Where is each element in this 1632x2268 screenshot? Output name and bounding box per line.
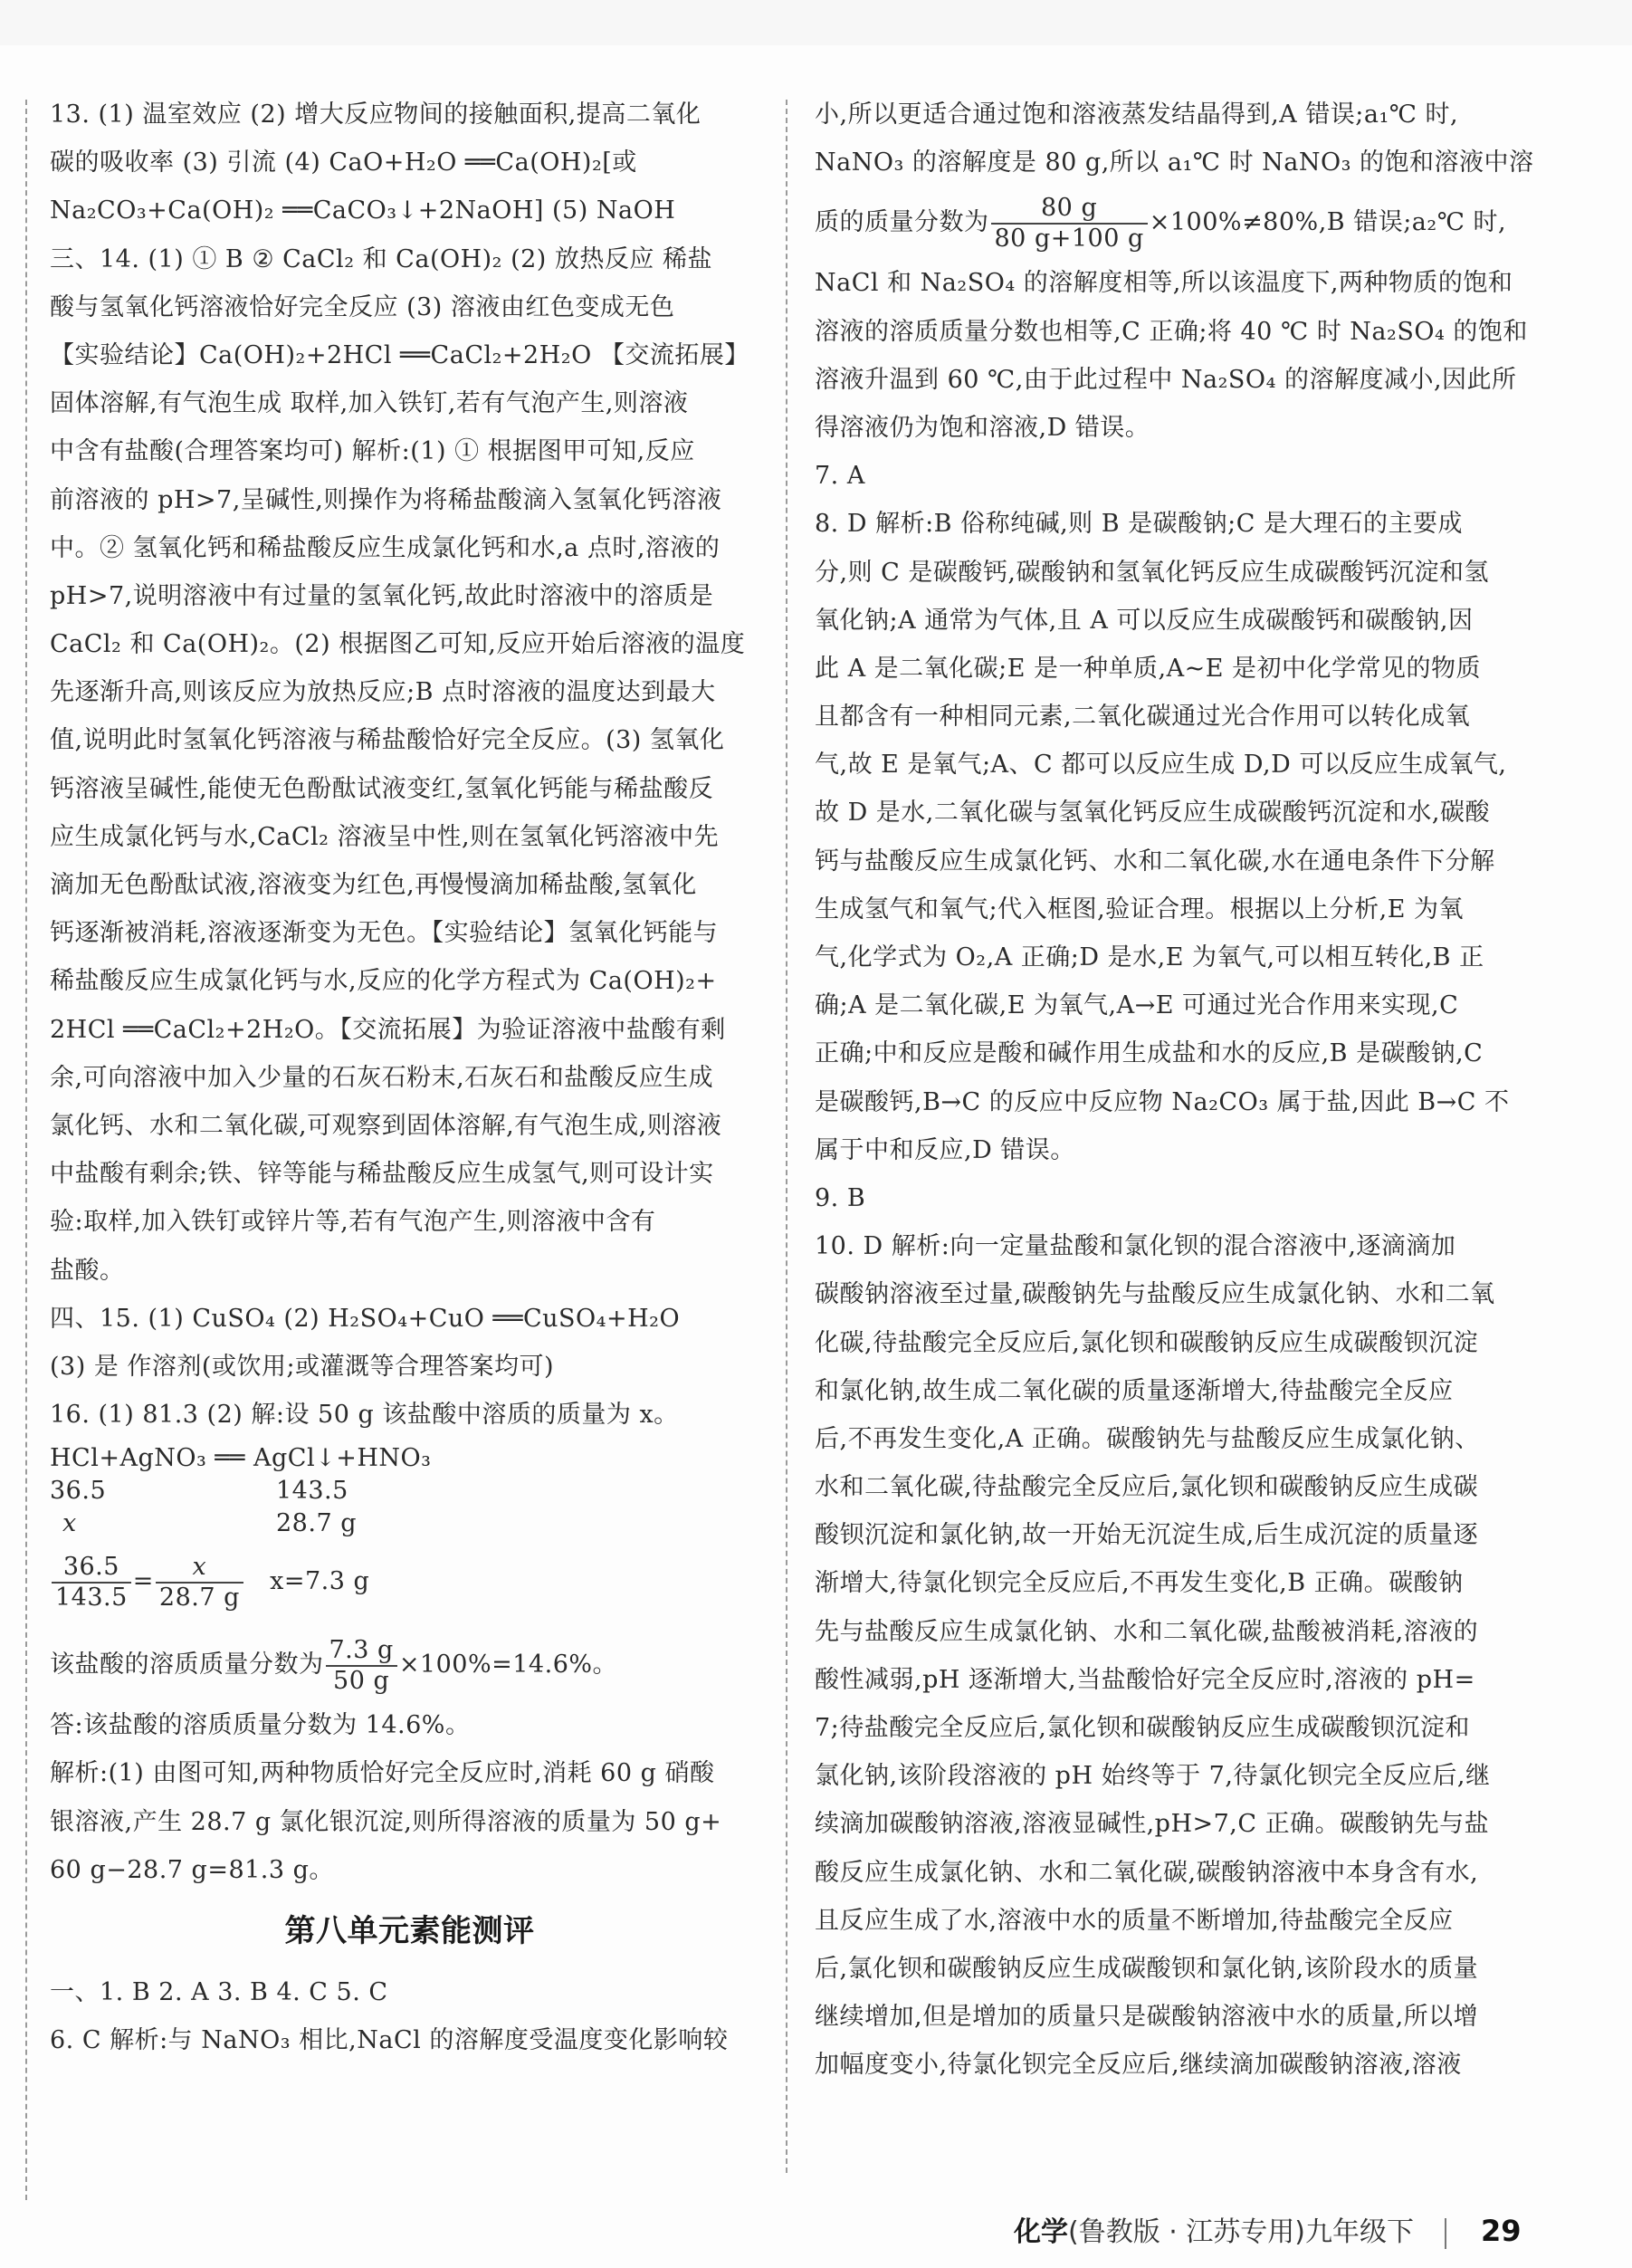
q8-block: 8. D 解析:B 俗称纯碱,则 B 是碳酸钠;C 是大理石的主要成 分,则 C… [815,500,1525,1174]
unknown-x: x [50,1509,77,1537]
q16-line-1: 16. (1) 81.3 (2) 解:设 50 g 该盐酸中溶质的质量为 x。 [50,1391,769,1439]
q14-line: 先逐渐升高,则该反应为放热反应;B 点时溶液的温度达到最大 [50,668,769,716]
q15-line-2: (3) 是 作溶剂(或饮用;或灌溉等合理答案均可) [50,1343,769,1391]
q16-analysis-line: 银溶液,产生 28.7 g 氯化银沉淀,则所得溶液的质量为 50 g+ [50,1798,769,1846]
q14-line: 固体溶解,有气泡生成 取样,加入铁钉,若有气泡产生,则溶液 [50,379,769,427]
q16-answer: 答:该盐酸的溶质质量分数为 14.6%。 [50,1701,769,1749]
page-top-margin [0,0,1632,45]
q8-line: 分,则 C 是碳酸钙,碳酸钠和氢氧化钙反应生成碳酸钙沉淀和氢 [815,549,1525,597]
q10-line: 酸钡沉淀和氯化钠,故一开始无沉淀生成,后生成沉淀的质量逐 [815,1511,1525,1559]
q14-line: 验:取样,加入铁钉或锌片等,若有气泡产生,则溶液中含有 [50,1198,769,1246]
q10-line: 后,不再发生变化,A 正确。碳酸钠先与盐酸反应生成氯化钠、 [815,1415,1525,1463]
q16-analysis-line: 解析:(1) 由图可知,两种物质恰好完全反应时,消耗 60 g 硝酸 [50,1749,769,1797]
mass-hcl: 36.5 [50,1477,106,1505]
q10-line: 渐增大,待氯化钡完全反应后,不再发生变化,B 正确。碳酸钠 [815,1559,1525,1607]
q10-line: 继续增加,但是增加的质量只是碳酸钠溶液中水的质量,所以增 [815,1993,1525,2041]
q14-line: 应生成氯化钙与水,CaCl₂ 溶液呈中性,则在氢氧化钙溶液中先 [50,813,769,861]
page-footer: 化学(鲁教版 · 江苏专用)九年级下29 [1014,2209,1522,2249]
q10-line: 续滴加碳酸钠溶液,溶液显碱性,pH>7,C 正确。碳酸钠先与盐 [815,1800,1525,1848]
q14-block: 三、14. (1) ① B ② CaCl₂ 和 Ca(OH)₂ (2) 放热反应… [50,235,769,1295]
footer-edition: (鲁教版 · 江苏专用)九年级下 [1068,2216,1414,2248]
q9-answer: 9. B [815,1174,1525,1222]
q10-line: 水和二氧化碳,待盐酸完全反应后,氯化钡和碳酸钠反应生成碳 [815,1463,1525,1511]
q8-line: 8. D 解析:B 俗称纯碱,则 B 是碳酸钠;C 是大理石的主要成 [815,500,1525,548]
ratio-fraction-2: x 28.7 g [156,1553,243,1612]
q8-line: 且都含有一种相同元素,二氧化碳通过光合作用可以转化成氧 [815,693,1525,741]
q10-line: 且反应生成了水,溶液中水的质量不断增加,待盐酸完全反应 [815,1897,1525,1945]
q10-line: 和氯化钠,故生成二氧化碳的质量逐渐增大,待盐酸完全反应 [815,1367,1525,1415]
q10-line: 10. D 解析:向一定量盐酸和氯化钡的混合溶液中,逐滴滴加 [815,1222,1525,1270]
q8-line: 氧化钠;A 通常为气体,且 A 可以反应生成碳酸钙和碳酸钠,因 [815,597,1525,645]
q14-line: 酸与氢氧化钙溶液恰好完全反应 (3) 溶液由红色变成无色 [50,283,769,331]
mass-agcl: 143.5 [276,1475,348,1507]
q14-line: 余,可向溶液中加入少量的石灰石粉末,石灰石和盐酸反应生成 [50,1054,769,1102]
q6-line: NaCl 和 Na₂SO₄ 的溶解度相等,所以该温度下,两种物质的饱和 [815,259,1525,307]
q8-line: 确;A 是二氧化碳,E 为氧气,A→E 可通过光合作用来实现,C [815,981,1525,1029]
q8-line: 正确;中和反应是酸和碱作用生成盐和水的反应,B 是碳酸钠,C [815,1029,1525,1077]
q14-line: 钙逐渐被消耗,溶液逐渐变为无色。【实验结论】氢氧化钙能与 [50,909,769,957]
q10-line: 酸反应生成氯化钠、水和二氧化碳,碳酸钠溶液中本身含有水, [815,1849,1525,1897]
q15-line-1: 四、15. (1) CuSO₄ (2) H₂SO₄+CuO ══CuSO₄+H₂… [50,1295,769,1343]
section-title: 第八单元素能测评 [50,1894,769,1968]
q14-line: CaCl₂ 和 Ca(OH)₂。(2) 根据图乙可知,反应开始后溶液的温度 [50,620,769,668]
q14-line: 滴加无色酚酞试液,溶液变为红色,再慢慢滴加稀盐酸,氢氧化 [50,861,769,909]
q16-analysis-line: 60 g−28.7 g=81.3 g。 [50,1846,769,1894]
q16-mass-row-1: 36.5 143.5 [50,1475,769,1507]
q14-line: 中含有盐酸(合理答案均可) 解析:(1) ① 根据图甲可知,反应 [50,427,769,475]
q14-line: 中盐酸有剩余;铁、锌等能与稀盐酸反应生成氢气,则可设计实 [50,1150,769,1198]
q6-line: 溶液升温到 60 ℃,由于此过程中 Na₂SO₄ 的溶解度减小,因此所 [815,356,1525,404]
q16-equation: HCl+AgNO₃ ══ AgCl↓+HNO₃ [50,1442,769,1475]
q14-line: 稀盐酸反应生成氯化钙与水,反应的化学方程式为 Ca(OH)₂+ [50,957,769,1005]
column-divider [786,100,787,2173]
q16-ratio: 36.5 143.5 = x 28.7 g x=7.3 g [50,1545,769,1618]
q10-line: 后,氯化钡和碳酸钠反应生成碳酸钡和氯化钠,该阶段水的质量 [815,1945,1525,1993]
right-column: 小,所以更适合通过饱和溶液蒸发结晶得到,A 错误;a₁℃ 时, NaNO₃ 的溶… [815,91,1525,2090]
q13-line-1: 13. (1) 温室效应 (2) 增大反应物间的接触面积,提高二氧化 [50,91,769,139]
q8-line: 气,化学式为 O₂,A 正确;D 是水,E 为氧气,可以相互转化,B 正 [815,933,1525,981]
q10-line: 氯化钠,该阶段溶液的 pH 始终等于 7,待氯化钡完全反应后,继 [815,1752,1525,1800]
q14-line: 前溶液的 pH>7,呈碱性,则操作为将稀盐酸滴入氢氧化钙溶液 [50,476,769,524]
q13-line-3: Na₂CO₃+Ca(OH)₂ ══CaCO₃↓+2NaOH] (5) NaOH [50,187,769,234]
q10-line: 先与盐酸反应生成氯化钠、水和二氧化碳,盐酸被消耗,溶液的 [815,1608,1525,1656]
q14-line: 氯化钙、水和二氧化碳,可观察到固体溶解,有气泡生成,则溶液 [50,1102,769,1150]
q6-line: 得溶液仍为饱和溶液,D 错误。 [815,404,1525,452]
q7-answer: 7. A [815,452,1525,500]
q6-fraction-line: 质的质量分数为 80 g 80 g+100 g ×100%≠80%,B 错误;a… [815,187,1525,259]
q14-line: 【实验结论】Ca(OH)₂+2HCl ══CaCl₂+2H₂O 【交流拓展】 [50,331,769,379]
q10-line: 酸性减弱,pH 逐渐增大,当盐酸恰好完全反应时,溶液的 pH= [815,1656,1525,1704]
q14-line: 值,说明此时氢氧化钙溶液与稀盐酸恰好完全反应。(3) 氢氧化 [50,716,769,764]
q6-line: 小,所以更适合通过饱和溶液蒸发结晶得到,A 错误;a₁℃ 时, [815,91,1525,139]
q8-line: 钙与盐酸反应生成氯化钙、水和二氧化碳,水在通电条件下分解 [815,837,1525,885]
q8-line: 此 A 是二氧化碳;E 是一种单质,A~E 是初中化学常见的物质 [815,645,1525,693]
q14-line: 2HCl ══CaCl₂+2H₂O。【交流拓展】为验证溶液中盐酸有剩 [50,1006,769,1054]
q8-line: 生成氢气和氧气;代入框图,验证合理。根据以上分析,E 为氧 [815,885,1525,933]
q8-line: 是碳酸钙,B→C 的反应中反应物 Na₂CO₃ 属于盐,因此 B→C 不 [815,1078,1525,1126]
q10-line: 加幅度变小,待氯化钡完全反应后,继续滴加碳酸钠溶液,溶液 [815,2041,1525,2089]
q14-line: 钙溶液呈碱性,能使无色酚酞试液变红,氢氧化钙能与稀盐酸反 [50,765,769,813]
q10-line: 碳酸钠溶液至过量,碳酸钠先与盐酸反应生成氯化钠、水和二氧 [815,1270,1525,1318]
left-column: 13. (1) 温室效应 (2) 增大反应物间的接触面积,提高二氧化 碳的吸收率… [50,91,769,2064]
footer-separator [1445,2218,1446,2249]
q10-line: 化碳,待盐酸完全反应后,氯化钡和碳酸钠反应生成碳酸钡沉淀 [815,1319,1525,1367]
q16-mass-row-2: x 28.7 g [50,1507,769,1540]
page-number: 29 [1481,2214,1522,2248]
mass-precipitate: 28.7 g [276,1507,357,1540]
ratio-fraction-1: 36.5 143.5 [52,1553,131,1612]
q10-block: 10. D 解析:向一定量盐酸和氯化钡的混合溶液中,逐滴滴加 碳酸钠溶液至过量,… [815,1222,1525,2089]
footer-subject: 化学 [1014,2216,1068,2248]
q8-line: 气,故 E 是氧气;A、C 都可以反应生成 D,D 可以反应生成氧气, [815,741,1525,789]
q6-line: 溶液的溶质质量分数也相等,C 正确;将 40 ℃ 时 Na₂SO₄ 的饱和 [815,308,1525,356]
ratio-result: x=7.3 g [270,1567,369,1595]
q6-line: NaNO₃ 的溶解度是 80 g,所以 a₁℃ 时 NaNO₃ 的饱和溶液中溶 [815,139,1525,187]
solubility-fraction: 80 g 80 g+100 g [991,194,1148,254]
q14-line: 三、14. (1) ① B ② CaCl₂ 和 Ca(OH)₂ (2) 放热反应… [50,235,769,283]
q13-line-2: 碳的吸收率 (3) 引流 (4) CaO+H₂O ══Ca(OH)₂[或 [50,139,769,187]
q14-line: pH>7,说明溶液中有过量的氢氧化钙,故此时溶液中的溶质是 [50,572,769,620]
q10-line: 7;待盐酸完全反应后,氯化钡和碳酸钠反应生成碳酸钡沉淀和 [815,1704,1525,1752]
q6-start: 6. C 解析:与 NaNO₃ 相比,NaCl 的溶解度受温度变化影响较 [50,2016,769,2064]
mc-answers: 一、1. B 2. A 3. B 4. C 5. C [50,1968,769,2016]
q14-line: 盐酸。 [50,1247,769,1295]
q8-line: 属于中和反应,D 错误。 [815,1126,1525,1174]
q16-fraction-line: 该盐酸的溶质质量分数为 7.3 g 50 g ×100%=14.6%。 [50,1629,769,1701]
mass-fraction: 7.3 g 50 g [326,1636,397,1696]
left-cut-line [25,100,27,2200]
q8-line: 故 D 是水,二氧化碳与氢氧化钙反应生成碳酸钙沉淀和水,碳酸 [815,789,1525,837]
q14-line: 中。② 氢氧化钙和稀盐酸反应生成氯化钙和水,a 点时,溶液的 [50,524,769,572]
